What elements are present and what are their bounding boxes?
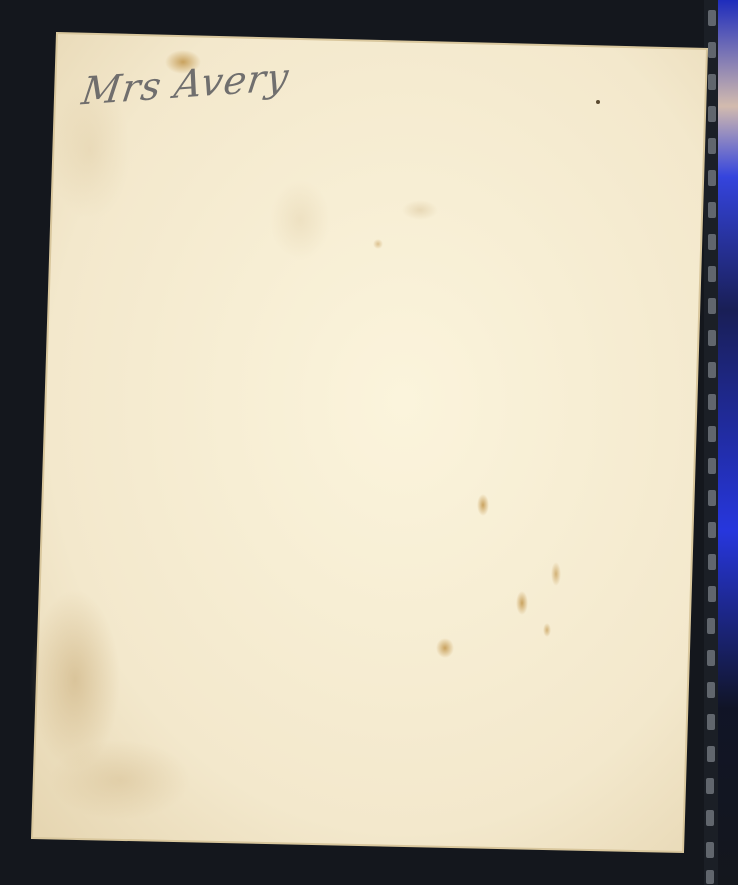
photo-scene [0,0,738,885]
paper-card [30,33,707,852]
film-strip [704,0,738,885]
